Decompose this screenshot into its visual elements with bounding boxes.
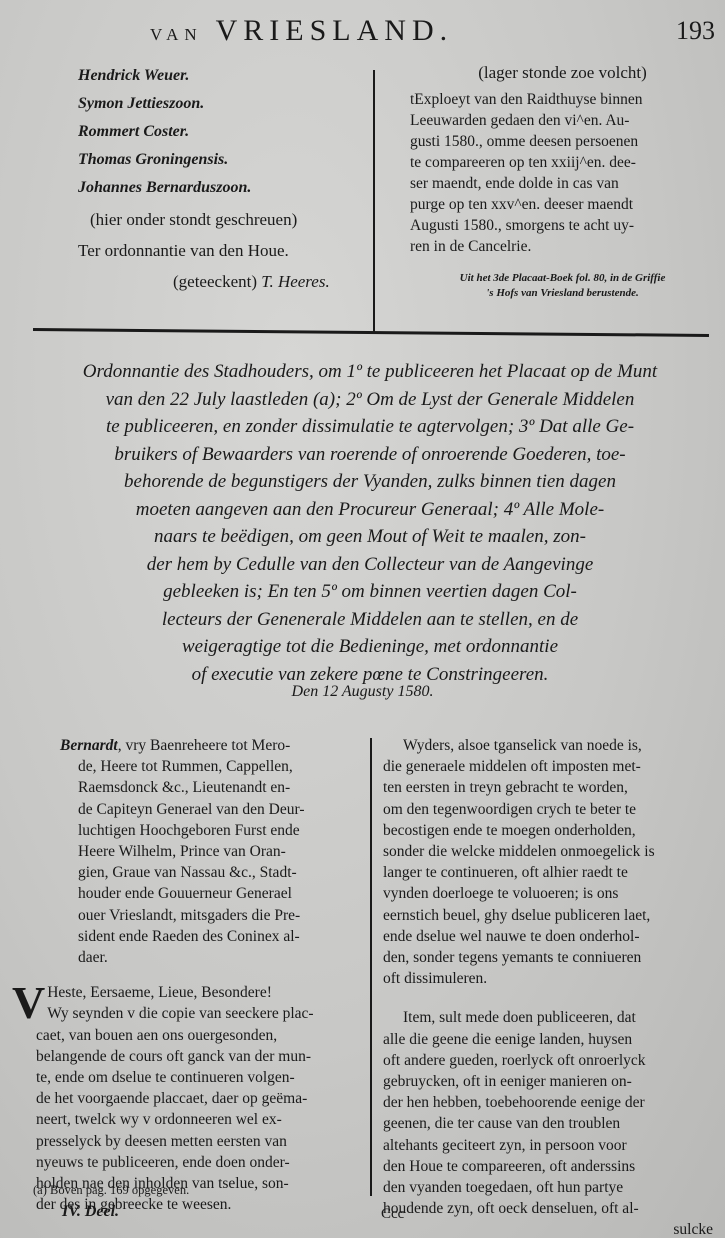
signed-note: (geteeckent) T. Heeres.	[173, 266, 368, 297]
para-line: die generaele middelen oft imposten met-	[383, 756, 713, 777]
catchword: sulcke	[383, 1219, 713, 1238]
footnote: (a) Boven pag. 169 opgegeven.	[33, 1183, 189, 1198]
para-line: den Houe te compareeren, oft anderssins	[383, 1156, 713, 1177]
summary-line: der hem by Cedulle van den Collecteur va…	[34, 551, 706, 579]
exploit-heading: (lager stonde zoe volcht)	[410, 62, 715, 83]
summary-line: bruikers of Bewaarders van roerende of o…	[34, 441, 706, 469]
running-head-vriesland: VRIESLAND.	[216, 14, 454, 47]
running-head: VAN VRIESLAND.	[150, 14, 610, 48]
para-line: geenen, die ter cause van den troublen	[383, 1113, 713, 1134]
intro-line: luchtigen Hoochgeboren Furst ende	[60, 820, 360, 841]
book-page: VAN VRIESLAND. 193 Hendrick Weuer. Symon…	[0, 0, 725, 1238]
signer-name: T. Heeres.	[261, 272, 329, 291]
volume-label: IV. Deel.	[62, 1203, 119, 1221]
para-line: Wyders, alsoe tganselick van noede is,	[383, 735, 713, 756]
section-rule	[33, 328, 709, 337]
signatories-block: Hendrick Weuer. Symon Jettieszoon. Romme…	[78, 62, 368, 297]
exploit-line: ser maendt, ende dolde in cas van	[428, 173, 715, 194]
summary-line: lecteurs der Genenerale Middelen aan te …	[34, 606, 706, 634]
signatory-name: Hendrick Weuer.	[78, 62, 368, 90]
letter-paragraph: V Heste, Eersaeme, Lieue, Besondere! Wy …	[36, 982, 360, 1215]
letter-line: nyeuws te publiceeren, ende doen onder-	[36, 1152, 360, 1173]
para-line: becostigen ende te moegen onderholden,	[383, 820, 713, 841]
letter-line: presselyck by deesen metten eersten van	[36, 1131, 360, 1152]
page-number: 193	[676, 16, 715, 46]
letter-line: belangende de cours oft ganck van der mu…	[36, 1046, 360, 1067]
para-line: altehants geciteert zyn, in persoon voor	[383, 1135, 713, 1156]
column-divider-bottom	[370, 738, 372, 1196]
summary-line: te publiceeren, en zonder dissimulatie t…	[34, 413, 706, 441]
summary-line: naars te beëdigen, om geen Mout of Weit …	[34, 523, 706, 551]
ordonnantie-summary: Ordonnantie des Stadhouders, om 1º te pu…	[34, 358, 706, 688]
para-line: Item, sult mede doen publiceeren, dat	[383, 1007, 713, 1028]
drop-cap: V	[12, 984, 45, 1022]
para-line: sonder die welcke middelen onmoegelick i…	[383, 841, 713, 862]
para-line: alle die geene die eenige landen, huysen	[383, 1029, 713, 1050]
exploit-block: (lager stonde zoe volcht) tExploeyt van …	[410, 62, 715, 301]
intro-line: Raemsdonck &c., Lieutenandt en-	[60, 777, 360, 798]
intro-line: sident ende Raeden des Coninex al-	[60, 926, 360, 947]
intro-line: Heere Wilhelm, Prince van Oran-	[60, 841, 360, 862]
intro-line: de, Heere tot Rummen, Cappellen,	[60, 756, 360, 777]
para-line: ten eersten in treyn gebracht te worden,	[383, 777, 713, 798]
letter-line: te, ende om dselue te continueren volgen…	[36, 1067, 360, 1088]
para-line: om den tegenwoordigen crych te beter te	[383, 799, 713, 820]
source-line: 's Hofs van Vriesland berustende.	[410, 286, 715, 301]
para-line: oft dissimuleren.	[383, 968, 713, 989]
summary-line: weigeragtige tot die Bedieninge, met ord…	[34, 633, 706, 661]
summary-line: gebleeken is; En ten 5º om binnen veerti…	[34, 578, 706, 606]
para-line: den, sonder tegens yemants te conniueren	[383, 947, 713, 968]
exploit-line: Leeuwarden gedaen den vi^en. Au-	[428, 110, 715, 131]
intro-line: houder ende Gouuerneur Generael	[60, 883, 360, 904]
intro-text: , vry Baenreheere tot Mero-	[118, 737, 291, 754]
intro-name: Bernardt	[60, 737, 118, 754]
letter-line: Heste, Eersaeme, Lieue, Besondere!	[36, 982, 360, 1003]
para-line: oft andere gueden, roerlyck oft onroerly…	[383, 1050, 713, 1071]
letter-line: Wy seynden v die copie van seeckere plac…	[36, 1003, 360, 1024]
intro-line: daer.	[60, 947, 360, 968]
para-line: gebruycken, oft in eeniger manieren on-	[383, 1071, 713, 1092]
exploit-line: purge op ten xxv^en. deeser maendt	[428, 194, 715, 215]
intro-line: de Capiteyn Generael van den Deur-	[60, 799, 360, 820]
para-line: eernstich beuel, ghy dselue publiceren l…	[383, 905, 713, 926]
signature-note: (hier onder stondt geschreuen)	[90, 204, 368, 235]
signatory-name: Rommert Coster.	[78, 118, 368, 146]
letter-line: de het voorgaende placcaet, daer op geëm…	[36, 1088, 360, 1109]
summary-line: behorende de begunstigers der Vyanden, z…	[34, 468, 706, 496]
intro-line: Bernardt, vry Baenreheere tot Mero-	[60, 735, 360, 756]
exploit-line: gusti 1580., omme deesen persoenen	[428, 131, 715, 152]
summary-line: van den 22 July laastleden (a); 2º Om de…	[34, 386, 706, 414]
exploit-line: ren in de Cancelrie.	[428, 236, 715, 257]
ordonnantie-note: Ter ordonnantie van den Houe.	[78, 235, 368, 266]
intro-line: gien, Graue van Nassau &c., Stadt-	[60, 862, 360, 883]
para-line: vynden doerloege te voluoeren; is ons	[383, 883, 713, 904]
source-citation: Uit het 3de Placaat-Boek fol. 80, in de …	[410, 271, 715, 301]
exploit-line: tExploeyt van den Raidthuyse binnen	[428, 89, 715, 110]
para-line: der hen hebben, toebehoorende eenige der	[383, 1092, 713, 1113]
running-head-van: VAN	[150, 25, 203, 44]
letter-line: caet, van bouen aen ons ouergesonden,	[36, 1025, 360, 1046]
source-line: Uit het 3de Placaat-Boek fol. 80, in de …	[410, 271, 715, 286]
para-line: langer te continueren, oft alhier raedt …	[383, 862, 713, 883]
right-column: Wyders, alsoe tganselick van noede is, d…	[383, 735, 713, 1238]
summary-line: Ordonnantie des Stadhouders, om 1º te pu…	[34, 358, 706, 386]
column-divider-top	[373, 70, 375, 332]
intro-line: ouer Vrieslandt, mitsgaders die Pre-	[60, 905, 360, 926]
letter-line: neert, twelck wy v ordonneeren wel ex-	[36, 1109, 360, 1130]
signed-prefix: (geteeckent)	[173, 272, 257, 291]
exploit-line: Augusti 1580., smorgens te acht uy-	[428, 215, 715, 236]
signature-mark: Ccc	[381, 1206, 404, 1223]
para-line: den vyanden toegedaen, oft hun partye	[383, 1177, 713, 1198]
exploit-line: te compareeren op ten xxiij^en. dee-	[428, 152, 715, 173]
para-line: houdende zyn, oft oeck denseluen, oft al…	[383, 1198, 713, 1219]
summary-line: moeten aangeven aan den Procureur Genera…	[34, 496, 706, 524]
signatory-name: Thomas Groningensis.	[78, 146, 368, 174]
signatory-name: Symon Jettieszoon.	[78, 90, 368, 118]
exploit-body: tExploeyt van den Raidthuyse binnen Leeu…	[410, 89, 715, 257]
ordonnantie-date: Den 12 Augusty 1580.	[0, 683, 725, 701]
para-line: ende dselue wel nauwe te doen onderhol-	[383, 926, 713, 947]
signatory-name: Johannes Bernarduszoon.	[78, 174, 368, 202]
left-column: Bernardt, vry Baenreheere tot Mero- de, …	[60, 735, 360, 1215]
